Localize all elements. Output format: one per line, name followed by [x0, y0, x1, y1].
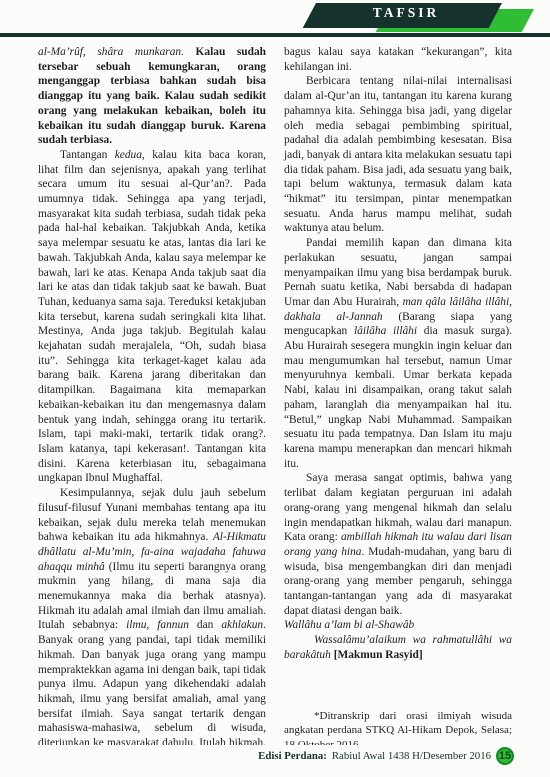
paragraph: Pandai memilih kapan dan dimana kita per…: [284, 236, 512, 471]
page-number-badge: 15: [496, 747, 514, 765]
right-column: bagus kalau saya katakan “kekurangan”, k…: [284, 45, 512, 745]
rubric-title: TAFSIR: [316, 5, 496, 21]
left-column: al-Ma’rûf, shâra munkaran. Kalau sudah t…: [38, 45, 266, 745]
page-footer: Edisi Perdana: Rabiul Awal 1438 H/Desemb…: [258, 747, 514, 765]
text-segment: dia masuk surga). Abu Hurairah sesegera …: [284, 325, 512, 469]
text-segment: Kalau sudah tersebar sebuah kemungkaran,…: [38, 46, 266, 146]
edition-label: Edisi Perdana:: [258, 750, 327, 762]
text-segment: . Banyak orang yang pandai, tapi tidak m…: [38, 619, 266, 745]
edition-date: Rabiul Awal 1438 H/Desember 2016: [332, 750, 491, 762]
text-segment: *Ditranskrip dari orasi ilmiyah wisuda a…: [284, 710, 512, 745]
paragraph: bagus kalau saya katakan “kekurangan”, k…: [284, 45, 512, 74]
text-segment: kedua: [115, 149, 142, 161]
text-segment: Wallâhu a’lam bi al-Shawâb: [284, 619, 414, 631]
magazine-page: TAFSIR al-Ma’rûf, shâra munkaran. Kalau …: [0, 0, 550, 777]
text-segment: Berbicara tentang nilai-nilai internalis…: [284, 75, 512, 234]
text-segment: akhlakun: [221, 619, 263, 631]
text-segment: , kalau kita baca koran, lihat film dan …: [38, 149, 266, 484]
text-segment: lâilâha illâhi: [354, 325, 417, 337]
text-segment: dan: [189, 619, 221, 631]
paragraph: Tantangan kedua, kalau kita baca koran, …: [38, 148, 266, 486]
closing-paragraph: Wassalâmu’alaikum wa rahmatullâhi wa bar…: [284, 633, 512, 662]
paragraph: Saya merasa sangat optimis, bahwa yang t…: [284, 471, 512, 618]
paragraph: Wallâhu a’lam bi al-Shawâb: [284, 618, 512, 633]
text-segment: [Makmun Rasyid]: [334, 649, 423, 661]
text-segment: Tantangan: [60, 149, 115, 161]
text-segment: ilmu, fannun: [126, 619, 189, 631]
text-segment: bagus kalau saya katakan “kekurangan”, k…: [284, 46, 512, 73]
text-segment: al-Ma’rûf, shâra munkaran.: [38, 46, 196, 58]
paragraph: Kesimpulannya, sejak dulu jauh sebelum f…: [38, 486, 266, 745]
footnote-paragraph: *Ditranskrip dari orasi ilmiyah wisuda a…: [284, 709, 512, 745]
article-body: al-Ma’rûf, shâra munkaran. Kalau sudah t…: [38, 45, 512, 745]
header-rule: [0, 33, 550, 37]
paragraph: Berbicara tentang nilai-nilai internalis…: [284, 74, 512, 236]
paragraph: al-Ma’rûf, shâra munkaran. Kalau sudah t…: [38, 45, 266, 148]
